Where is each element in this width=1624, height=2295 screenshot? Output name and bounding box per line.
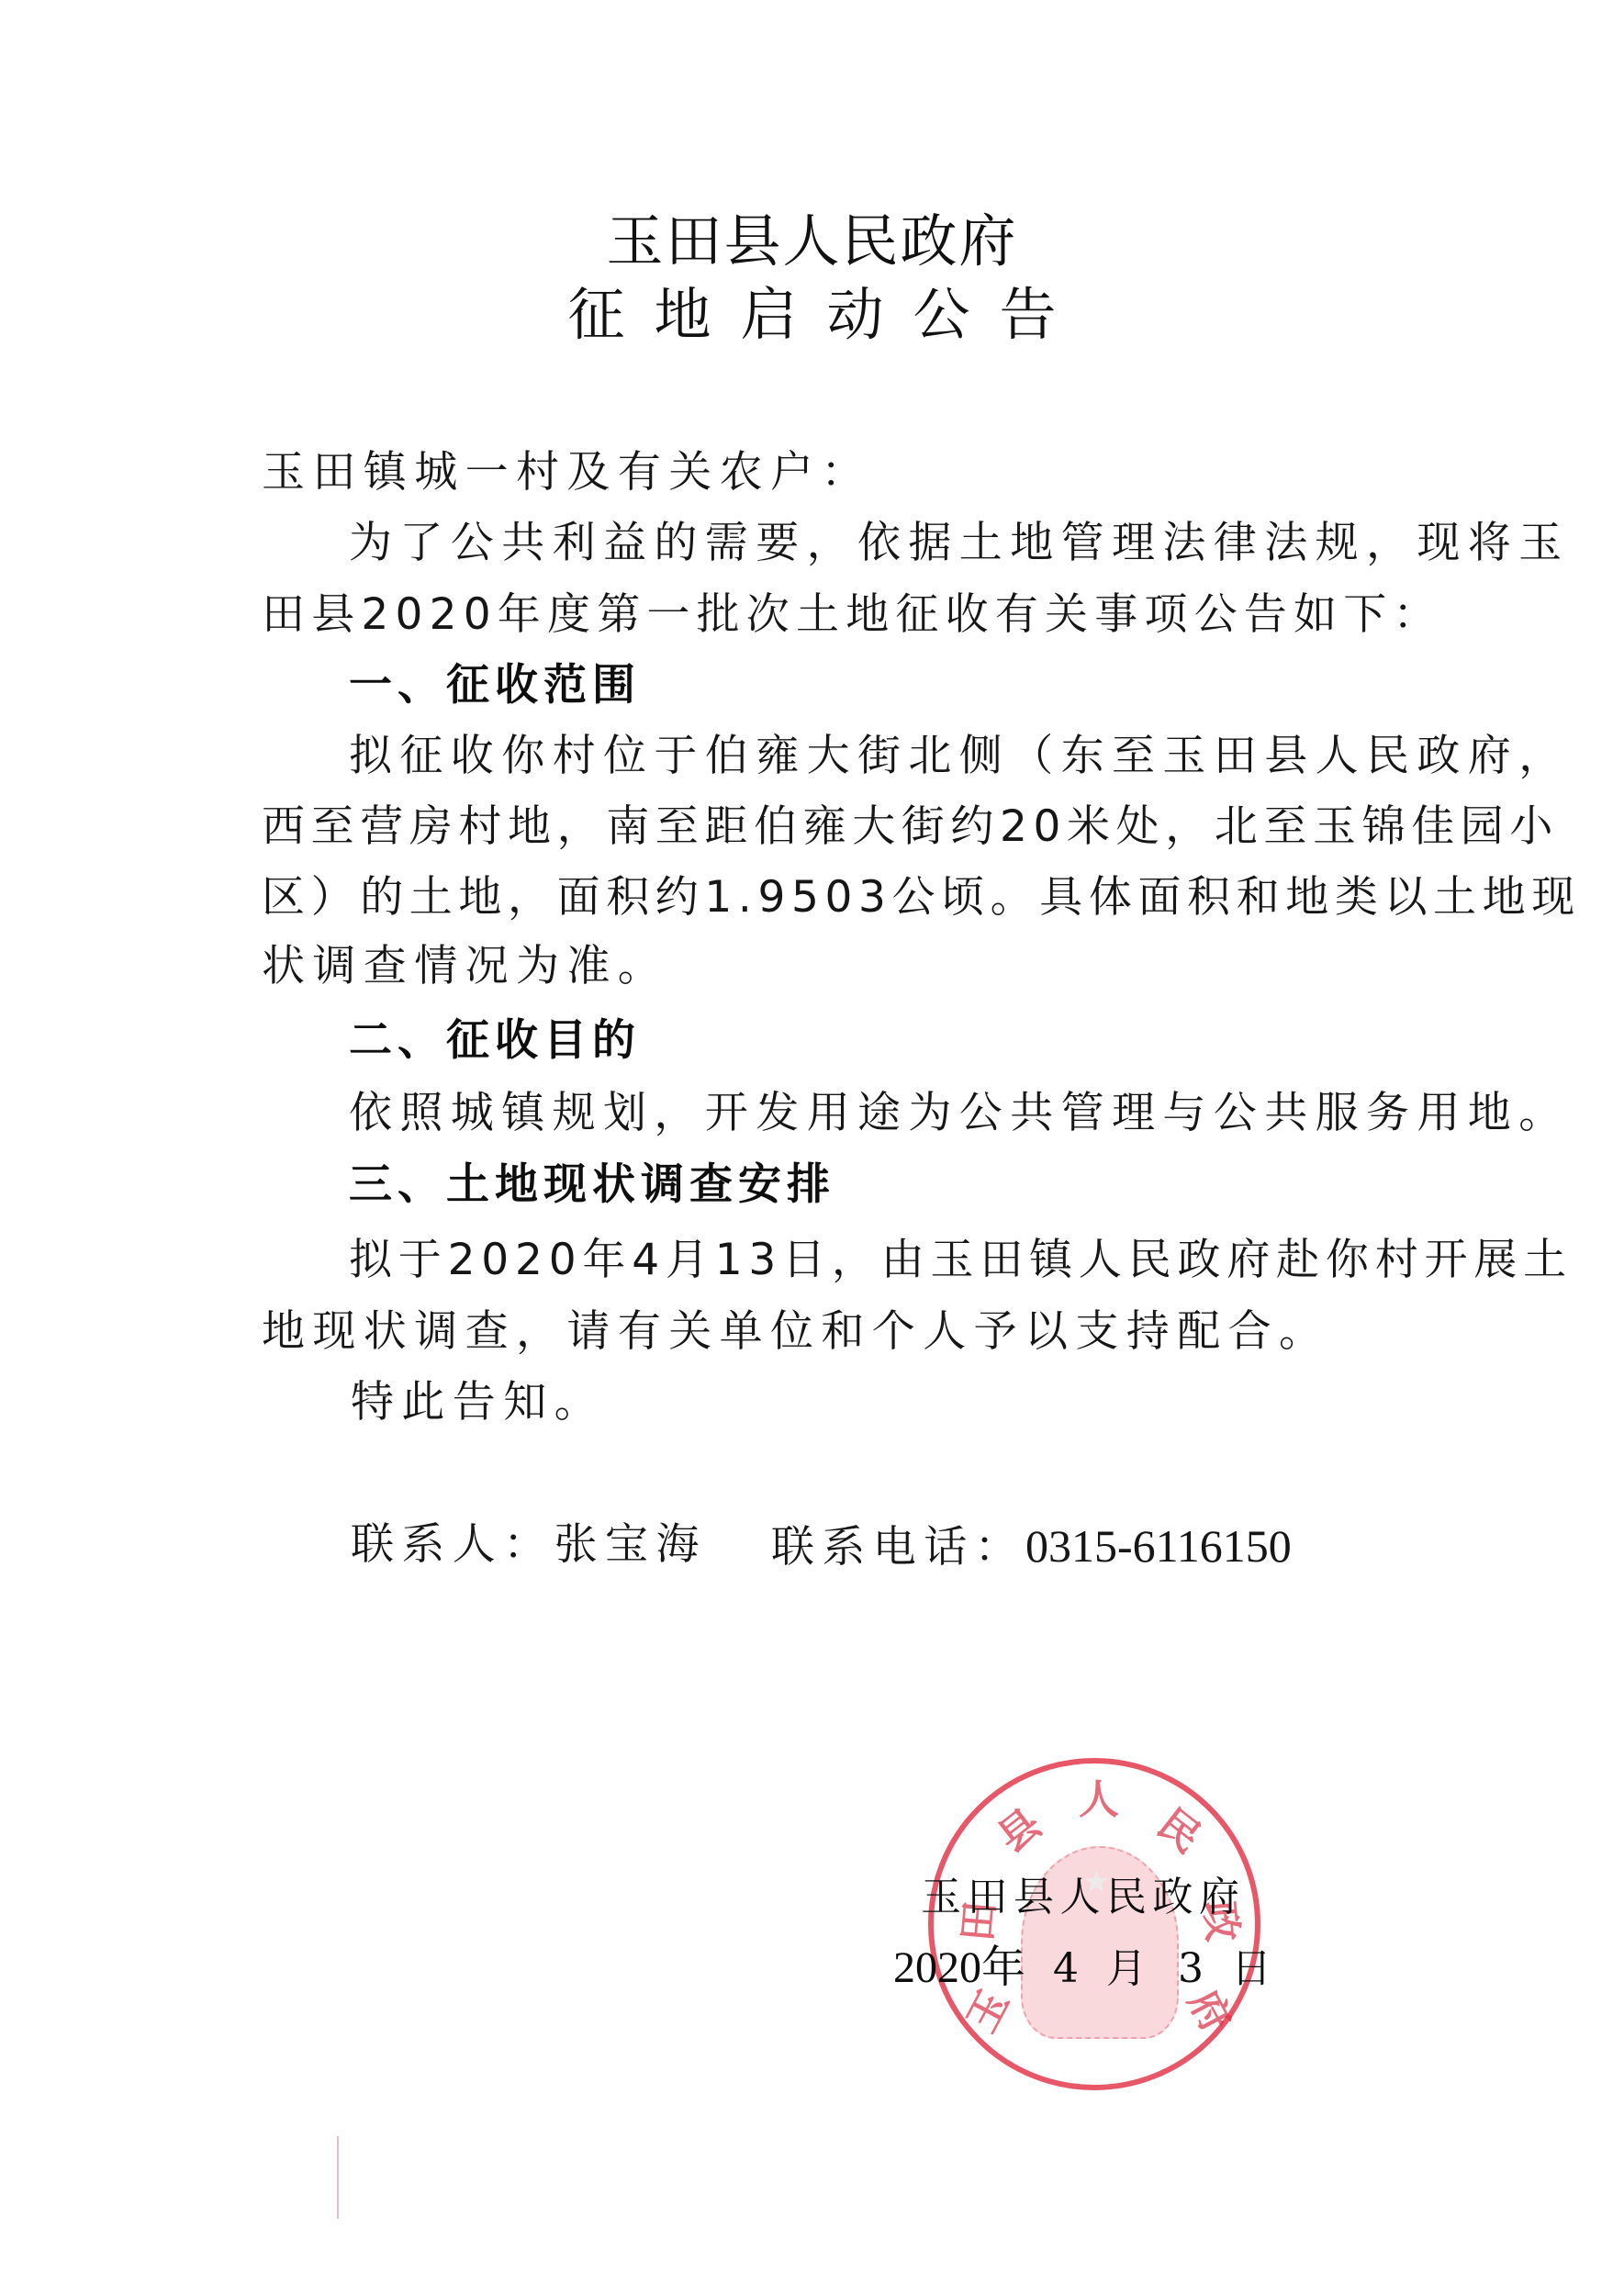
contact-person-name: 张宝海 (554, 1519, 707, 1570)
contact-phone-label: 联系电话： (771, 1522, 1025, 1573)
contact-phone: 联系电话：0315-6116150 (771, 1523, 1292, 1569)
official-seal-stamp: ★ 玉 田 县 人 民 政 府 (928, 1758, 1260, 2090)
document-title-issuer: 玉田县人民政府 (0, 213, 1624, 270)
section-heading-purpose: 二、征收目的 (349, 1019, 641, 1062)
date-month: 4 (1053, 1949, 1079, 1989)
contact-person-label: 联系人： (351, 1519, 554, 1570)
seal-char: 县 (991, 1803, 1048, 1860)
date-year: 2020年 (893, 1946, 1025, 1990)
document-page: 玉田县人民政府 征地启动公告 玉田镇城一村及有关农户： 为了公共利益的需要，依据… (0, 0, 1624, 2295)
signature-date: 2020年4月3日 (893, 1946, 1271, 1990)
section-purpose-line-1: 依照城镇规划，开发用途为公共管理与公共服务用地。 (349, 1092, 1570, 1135)
document-title-notice: 征地启动公告 (0, 286, 1624, 343)
section-heading-survey: 三、土地现状调查安排 (349, 1163, 835, 1206)
closing-statement: 特此告知。 (351, 1381, 605, 1424)
signature-organization: 玉田县人民政府 (921, 1877, 1246, 1918)
seal-char: 民 (1150, 1803, 1207, 1860)
intro-line-1: 为了公共利益的需要，依据土地管理法律法规，现将玉 (349, 521, 1570, 565)
contact-phone-number: 0315-6116150 (1025, 1520, 1292, 1572)
intro-line-2: 田县2020年度第一批次土地征收有关事项公告如下： (262, 593, 1443, 636)
seal-char: 府 (1182, 1984, 1237, 2039)
contact-person: 联系人：张宝海 (351, 1523, 707, 1566)
scan-artifact-mark (337, 2136, 339, 2219)
seal-char: 人 (1079, 1780, 1119, 1820)
section-survey-line-1: 拟于2020年4月13日，由玉田镇人民政府赴你村开展土 (349, 1238, 1573, 1282)
section-survey-line-2: 地现状调查，请有关单位和个人予以支持配合。 (262, 1310, 1329, 1353)
section-scope-line-1: 拟征收你村位于伯雍大街北侧（东至玉田县人民政府， (349, 734, 1570, 778)
section-scope-line-2: 西至营房村地，南至距伯雍大街约20米处，北至玉锦佳园小 (262, 805, 1559, 848)
section-scope-line-3: 区）的土地，面积约1.9503公顷。具体面积和地类以土地现 (262, 876, 1581, 919)
salutation: 玉田镇城一村及有关农户： (262, 451, 872, 494)
date-day: 3 (1178, 1949, 1204, 1989)
section-scope-line-4: 状调查情况为准。 (262, 945, 668, 988)
date-day-unit: 日 (1231, 1949, 1271, 1989)
section-heading-scope: 一、征收范围 (349, 664, 641, 707)
seal-char: 玉 (961, 1984, 1016, 2039)
date-month-unit: 月 (1106, 1949, 1147, 1989)
